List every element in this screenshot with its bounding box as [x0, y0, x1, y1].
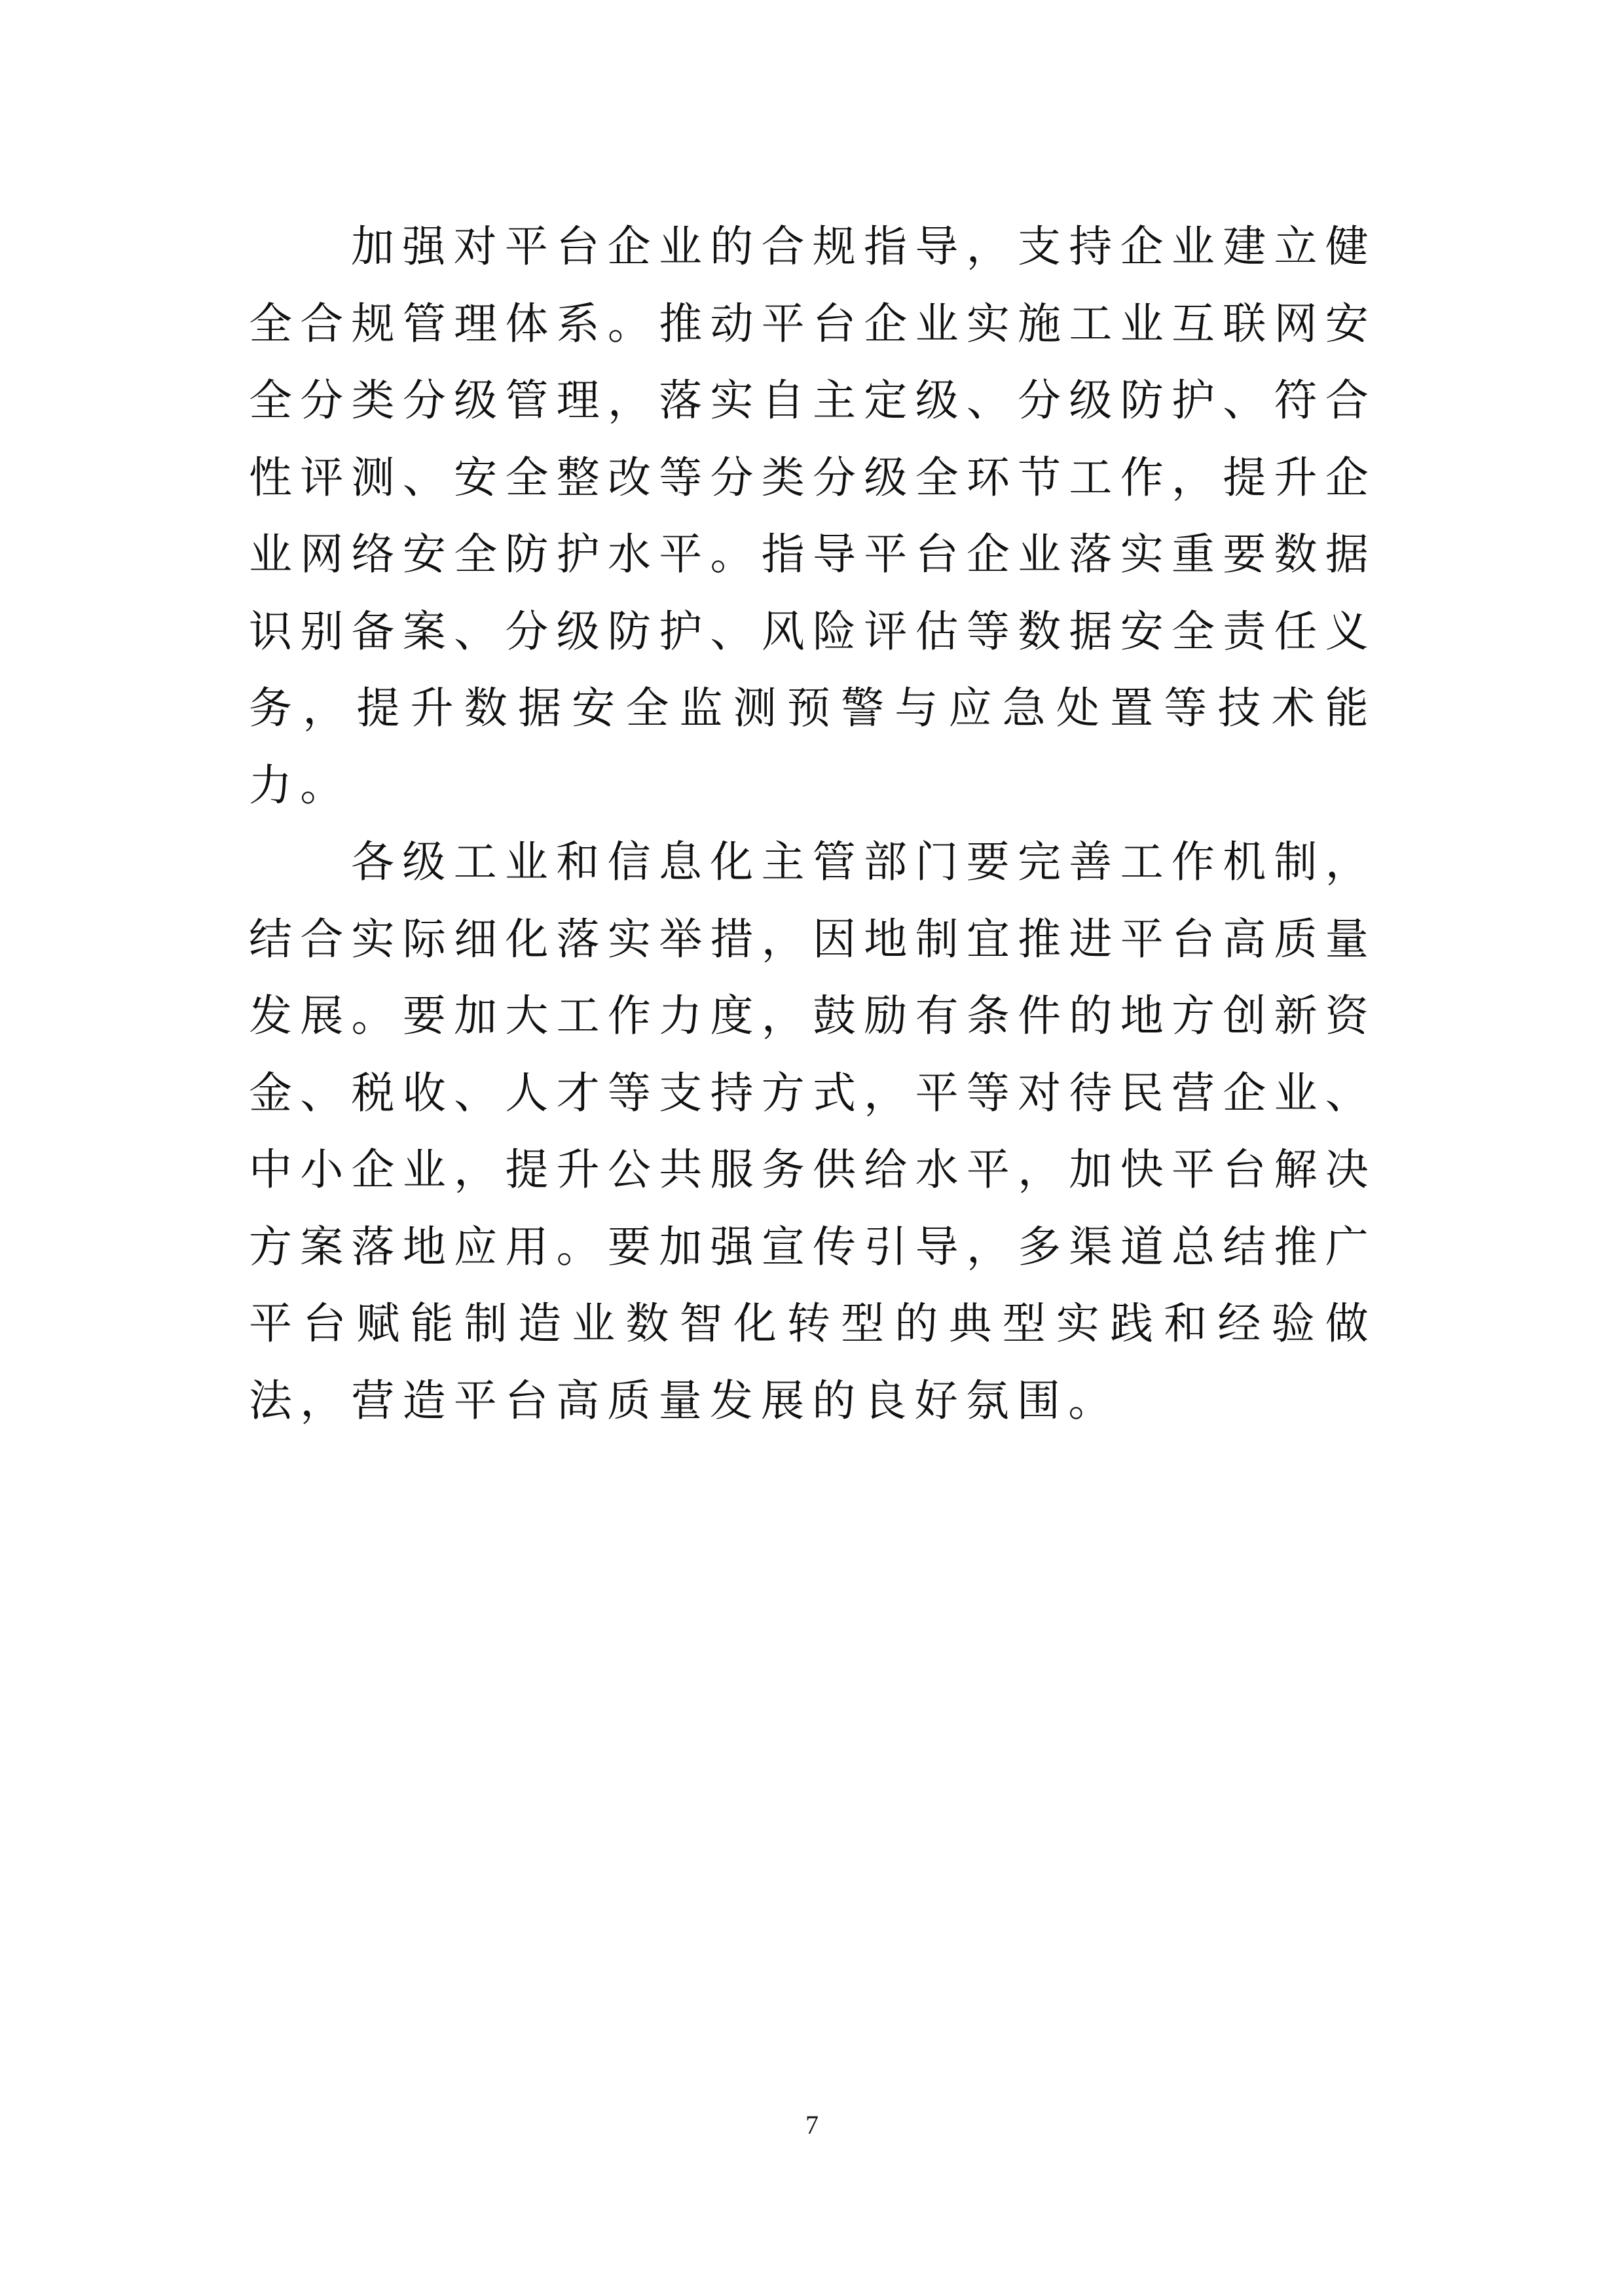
body-text: 加强对平台企业的合规指导，支持企业建立健全合规管理体系。推动平台企业实施工业互联… [249, 208, 1376, 1439]
page-number: 7 [0, 2109, 1624, 2140]
paragraph-compliance-security: 加强对平台企业的合规指导，支持企业建立健全合规管理体系。推动平台企业实施工业互联… [249, 208, 1376, 824]
paragraph-implementation-measures: 各级工业和信息化主管部门要完善工作机制，结合实际细化落实举措，因地制宜推进平台高… [249, 824, 1376, 1439]
document-page: 加强对平台企业的合规指导，支持企业建立健全合规管理体系。推动平台企业实施工业互联… [0, 0, 1624, 2296]
